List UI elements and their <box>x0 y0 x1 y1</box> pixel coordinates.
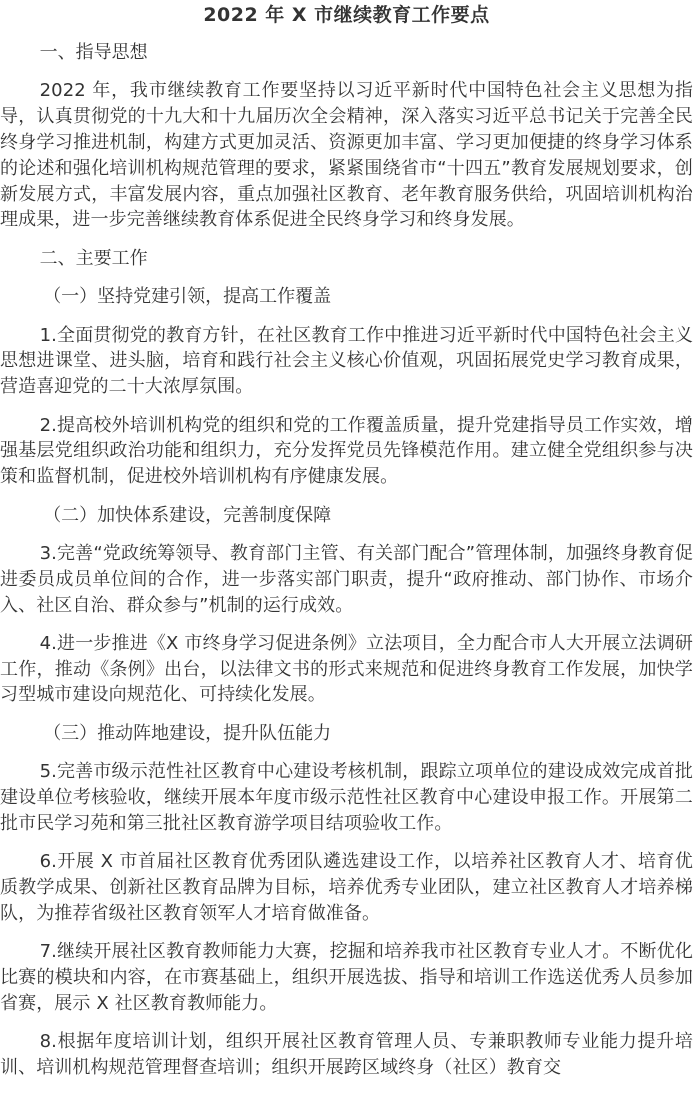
paragraph-item-2: 2.提高校外培训机构党的组织和党的工作覆盖质量，提升党建指导员工作实效，增强基层… <box>0 413 693 490</box>
paragraph-item-7: 7.继续开展社区教育教师能力大赛，挖掘和培养我市社区教育专业人才。不断优化比赛的… <box>0 939 693 1016</box>
paragraph-item-4: 4.进一步推进《X 市终身学习促进条例》立法项目，全力配合市人大开展立法调研工作… <box>0 631 693 708</box>
paragraph-item-6: 6.开展 X 市首届社区教育优秀团队遴选建设工作，以培养社区教育人才、培育优质教… <box>0 849 693 926</box>
paragraph-guiding-ideology: 2022 年，我市继续教育工作要坚持以习近平新时代中国特色社会主义思想为指导，认… <box>0 78 693 233</box>
paragraph-item-3: 3.完善“党政统筹领导、教育部门主管、有关部门配合”管理体制，加强终身教育促进委… <box>0 541 693 618</box>
document-page: 2022 年 X 市继续教育工作要点 一、指导思想 2022 年，我市继续教育工… <box>0 2 693 1081</box>
section-heading-guiding-ideology: 一、指导思想 <box>0 40 693 66</box>
paragraph-item-5: 5.完善市级示范性社区教育中心建设考核机制，跟踪立项单位的建设成效完成首批建设单… <box>0 759 693 836</box>
paragraph-item-8: 8.根据年度培训计划，组织开展社区教育管理人员、专兼职教师专业能力提升培训、培训… <box>0 1029 693 1081</box>
subsection-heading-system-building: （二）加快体系建设，完善制度保障 <box>0 503 693 529</box>
section-heading-main-work: 二、主要工作 <box>0 246 693 272</box>
subsection-heading-base-construction: （三）推动阵地建设，提升队伍能力 <box>0 721 693 747</box>
document-title: 2022 年 X 市继续教育工作要点 <box>0 2 693 28</box>
paragraph-item-1: 1.全面贯彻党的教育方针，在社区教育工作中推进习近平新时代中国特色社会主义思想进… <box>0 323 693 400</box>
subsection-heading-party-building: （一）坚持党建引领，提高工作覆盖 <box>0 284 693 310</box>
